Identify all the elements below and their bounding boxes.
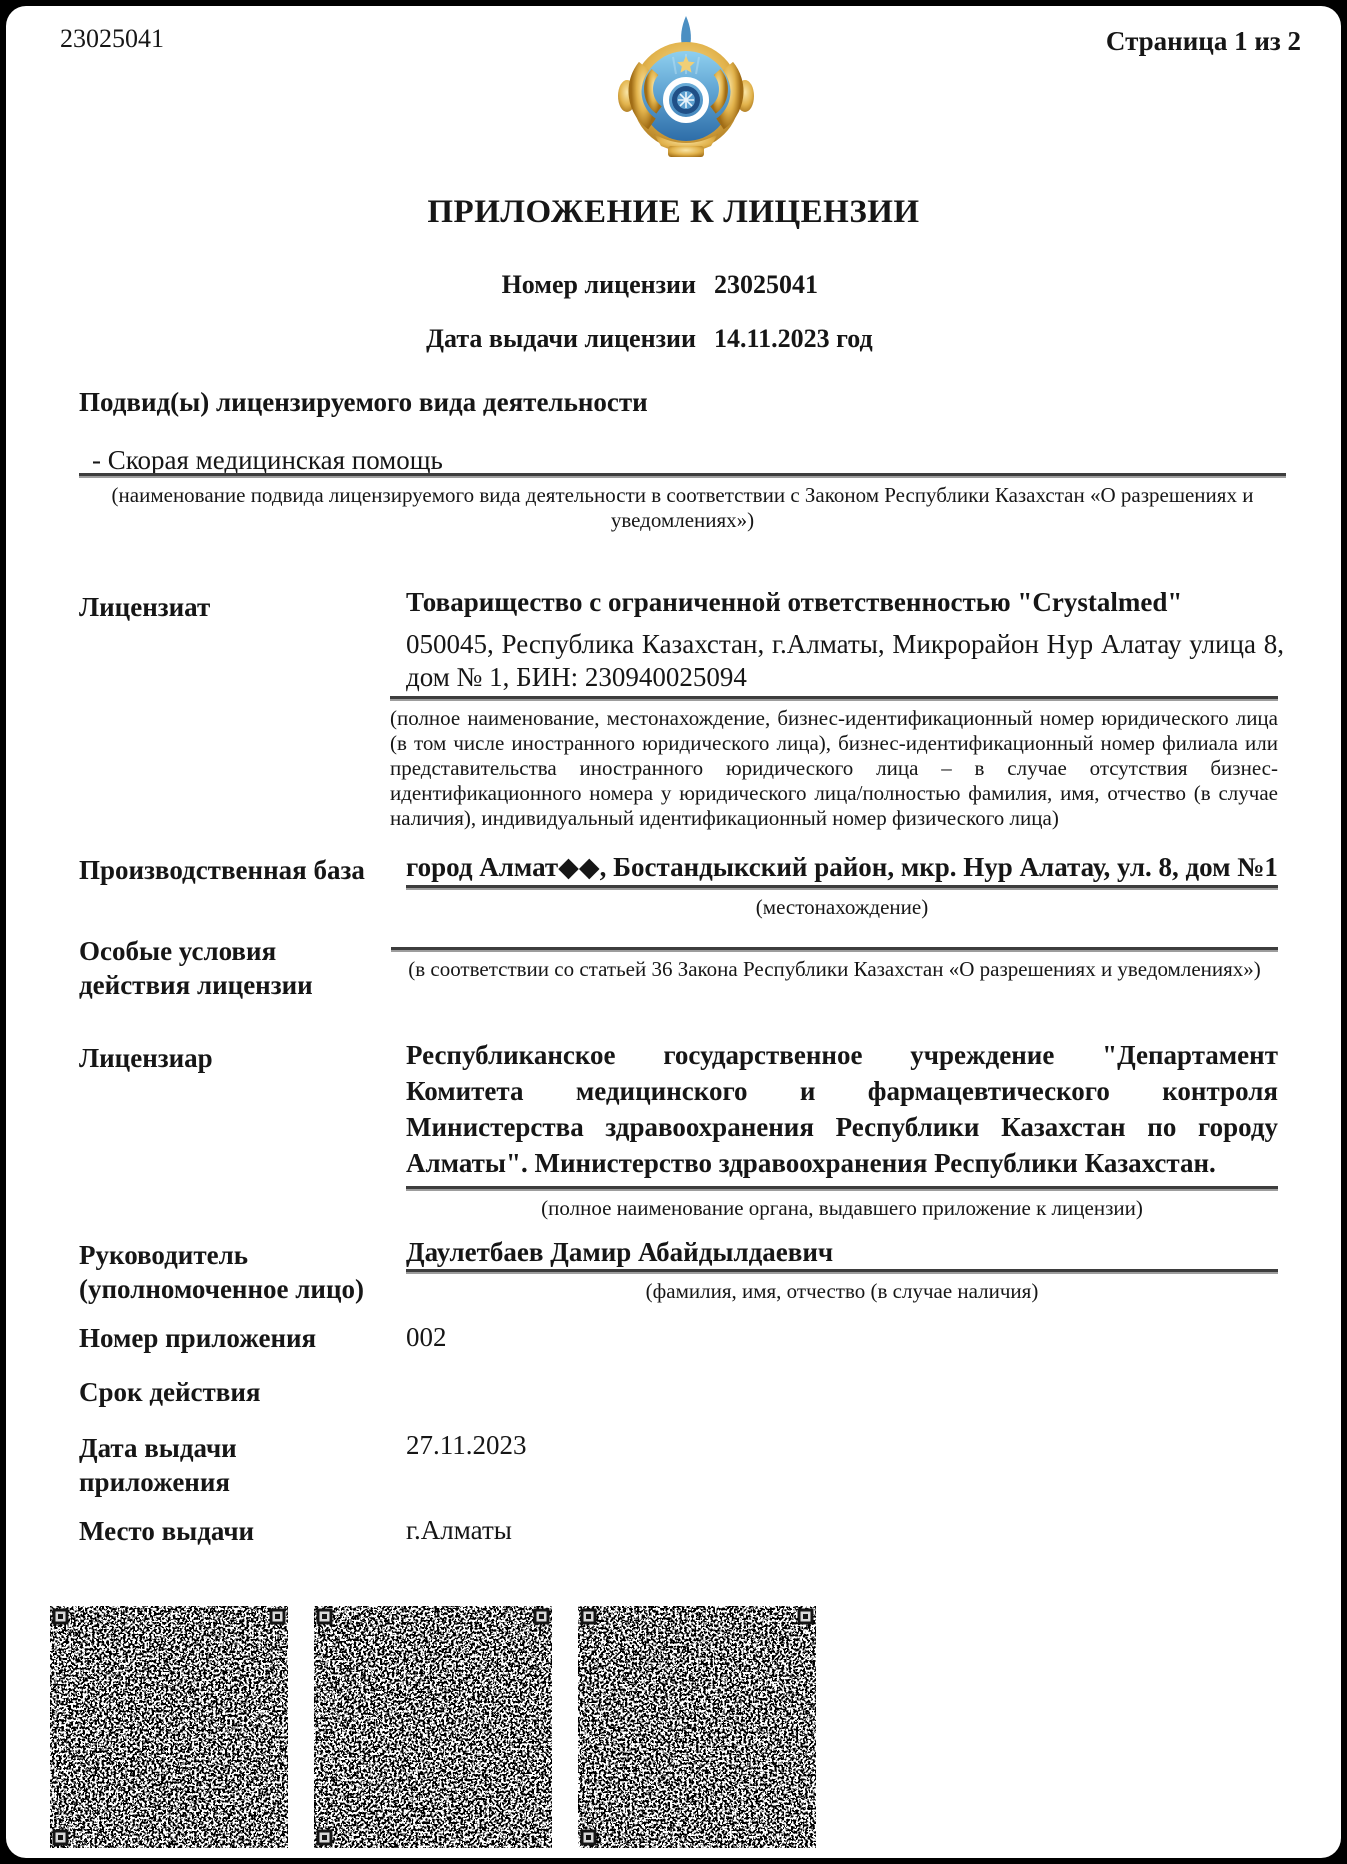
license-date-value: 14.11.2023 год — [714, 324, 873, 354]
qr-code — [50, 1606, 288, 1848]
production-base-footnote: (местонахождение) — [406, 895, 1278, 920]
place-value: г.Алматы — [406, 1514, 1278, 1547]
page-indicator: Страница 1 из 2 — [1106, 26, 1301, 57]
license-date-label: Дата выдачи лицензии — [6, 324, 696, 354]
appendix-number-value: 002 — [406, 1321, 1278, 1354]
special-conditions-footnote: (в соответствии со статьей 36 Закона Рес… — [391, 957, 1278, 982]
issue-date-value: 27.11.2023 — [406, 1429, 1278, 1462]
license-date-row: Дата выдачи лицензии 14.11.2023 год — [6, 324, 1341, 354]
issue-date-label: Дата выдачи приложения — [79, 1431, 341, 1499]
validity-label: Срок действия — [79, 1375, 394, 1409]
subtype-footnote: (наименование подвида лицензируемого вид… — [79, 483, 1286, 533]
head-person-value: Даулетбаев Дамир Абайдылдаевич — [406, 1236, 1278, 1269]
licensee-footnote: (полное наименование, местонахождение, б… — [390, 706, 1278, 831]
divider-line — [406, 1186, 1278, 1191]
license-number-row: Номер лицензии 23025041 — [6, 270, 1341, 300]
subtype-heading: Подвид(ы) лицензируемого вида деятельнос… — [79, 386, 648, 419]
license-number-value: 23025041 — [714, 270, 818, 300]
license-number-label: Номер лицензии — [6, 270, 696, 300]
appendix-number-label: Номер приложения — [79, 1321, 394, 1355]
licensor-footnote: (полное наименование органа, выдавшего п… — [406, 1196, 1278, 1221]
production-base-label: Производственная база — [79, 853, 404, 887]
place-label: Место выдачи — [79, 1514, 394, 1548]
licensor-value: Республиканское государственное учрежден… — [406, 1037, 1278, 1181]
kazakhstan-coat-of-arms-icon — [616, 14, 756, 160]
page-title: ПРИЛОЖЕНИЕ К ЛИЦЕНЗИИ — [6, 194, 1341, 231]
divider-line — [390, 696, 1278, 701]
divider-line — [79, 473, 1286, 478]
divider-line — [406, 885, 1278, 890]
licensor-label: Лицензиар — [79, 1041, 394, 1075]
licensee-address: 050045, Республика Казахстан, г.Алматы, … — [406, 628, 1284, 694]
head-person-footnote: (фамилия, имя, отчество (в случае наличи… — [406, 1279, 1278, 1304]
qr-code — [578, 1606, 816, 1848]
licensee-label: Лицензиат — [79, 590, 394, 624]
qr-code — [314, 1606, 552, 1848]
head-person-label: Руководитель (уполномоченное лицо) — [79, 1238, 401, 1306]
divider-line — [391, 947, 1278, 952]
production-base-value: город Алмат◆◆, Бостандыкский район, мкр.… — [406, 851, 1278, 884]
document-page: 23025041 Страница 1 из 2 — [6, 6, 1341, 1858]
divider-line — [406, 1269, 1278, 1274]
special-conditions-label: Особые условия действия лицензии — [79, 934, 351, 1002]
licensee-name: Товарищество с ограниченной ответственно… — [406, 586, 1278, 619]
doc-number: 23025041 — [60, 24, 164, 54]
